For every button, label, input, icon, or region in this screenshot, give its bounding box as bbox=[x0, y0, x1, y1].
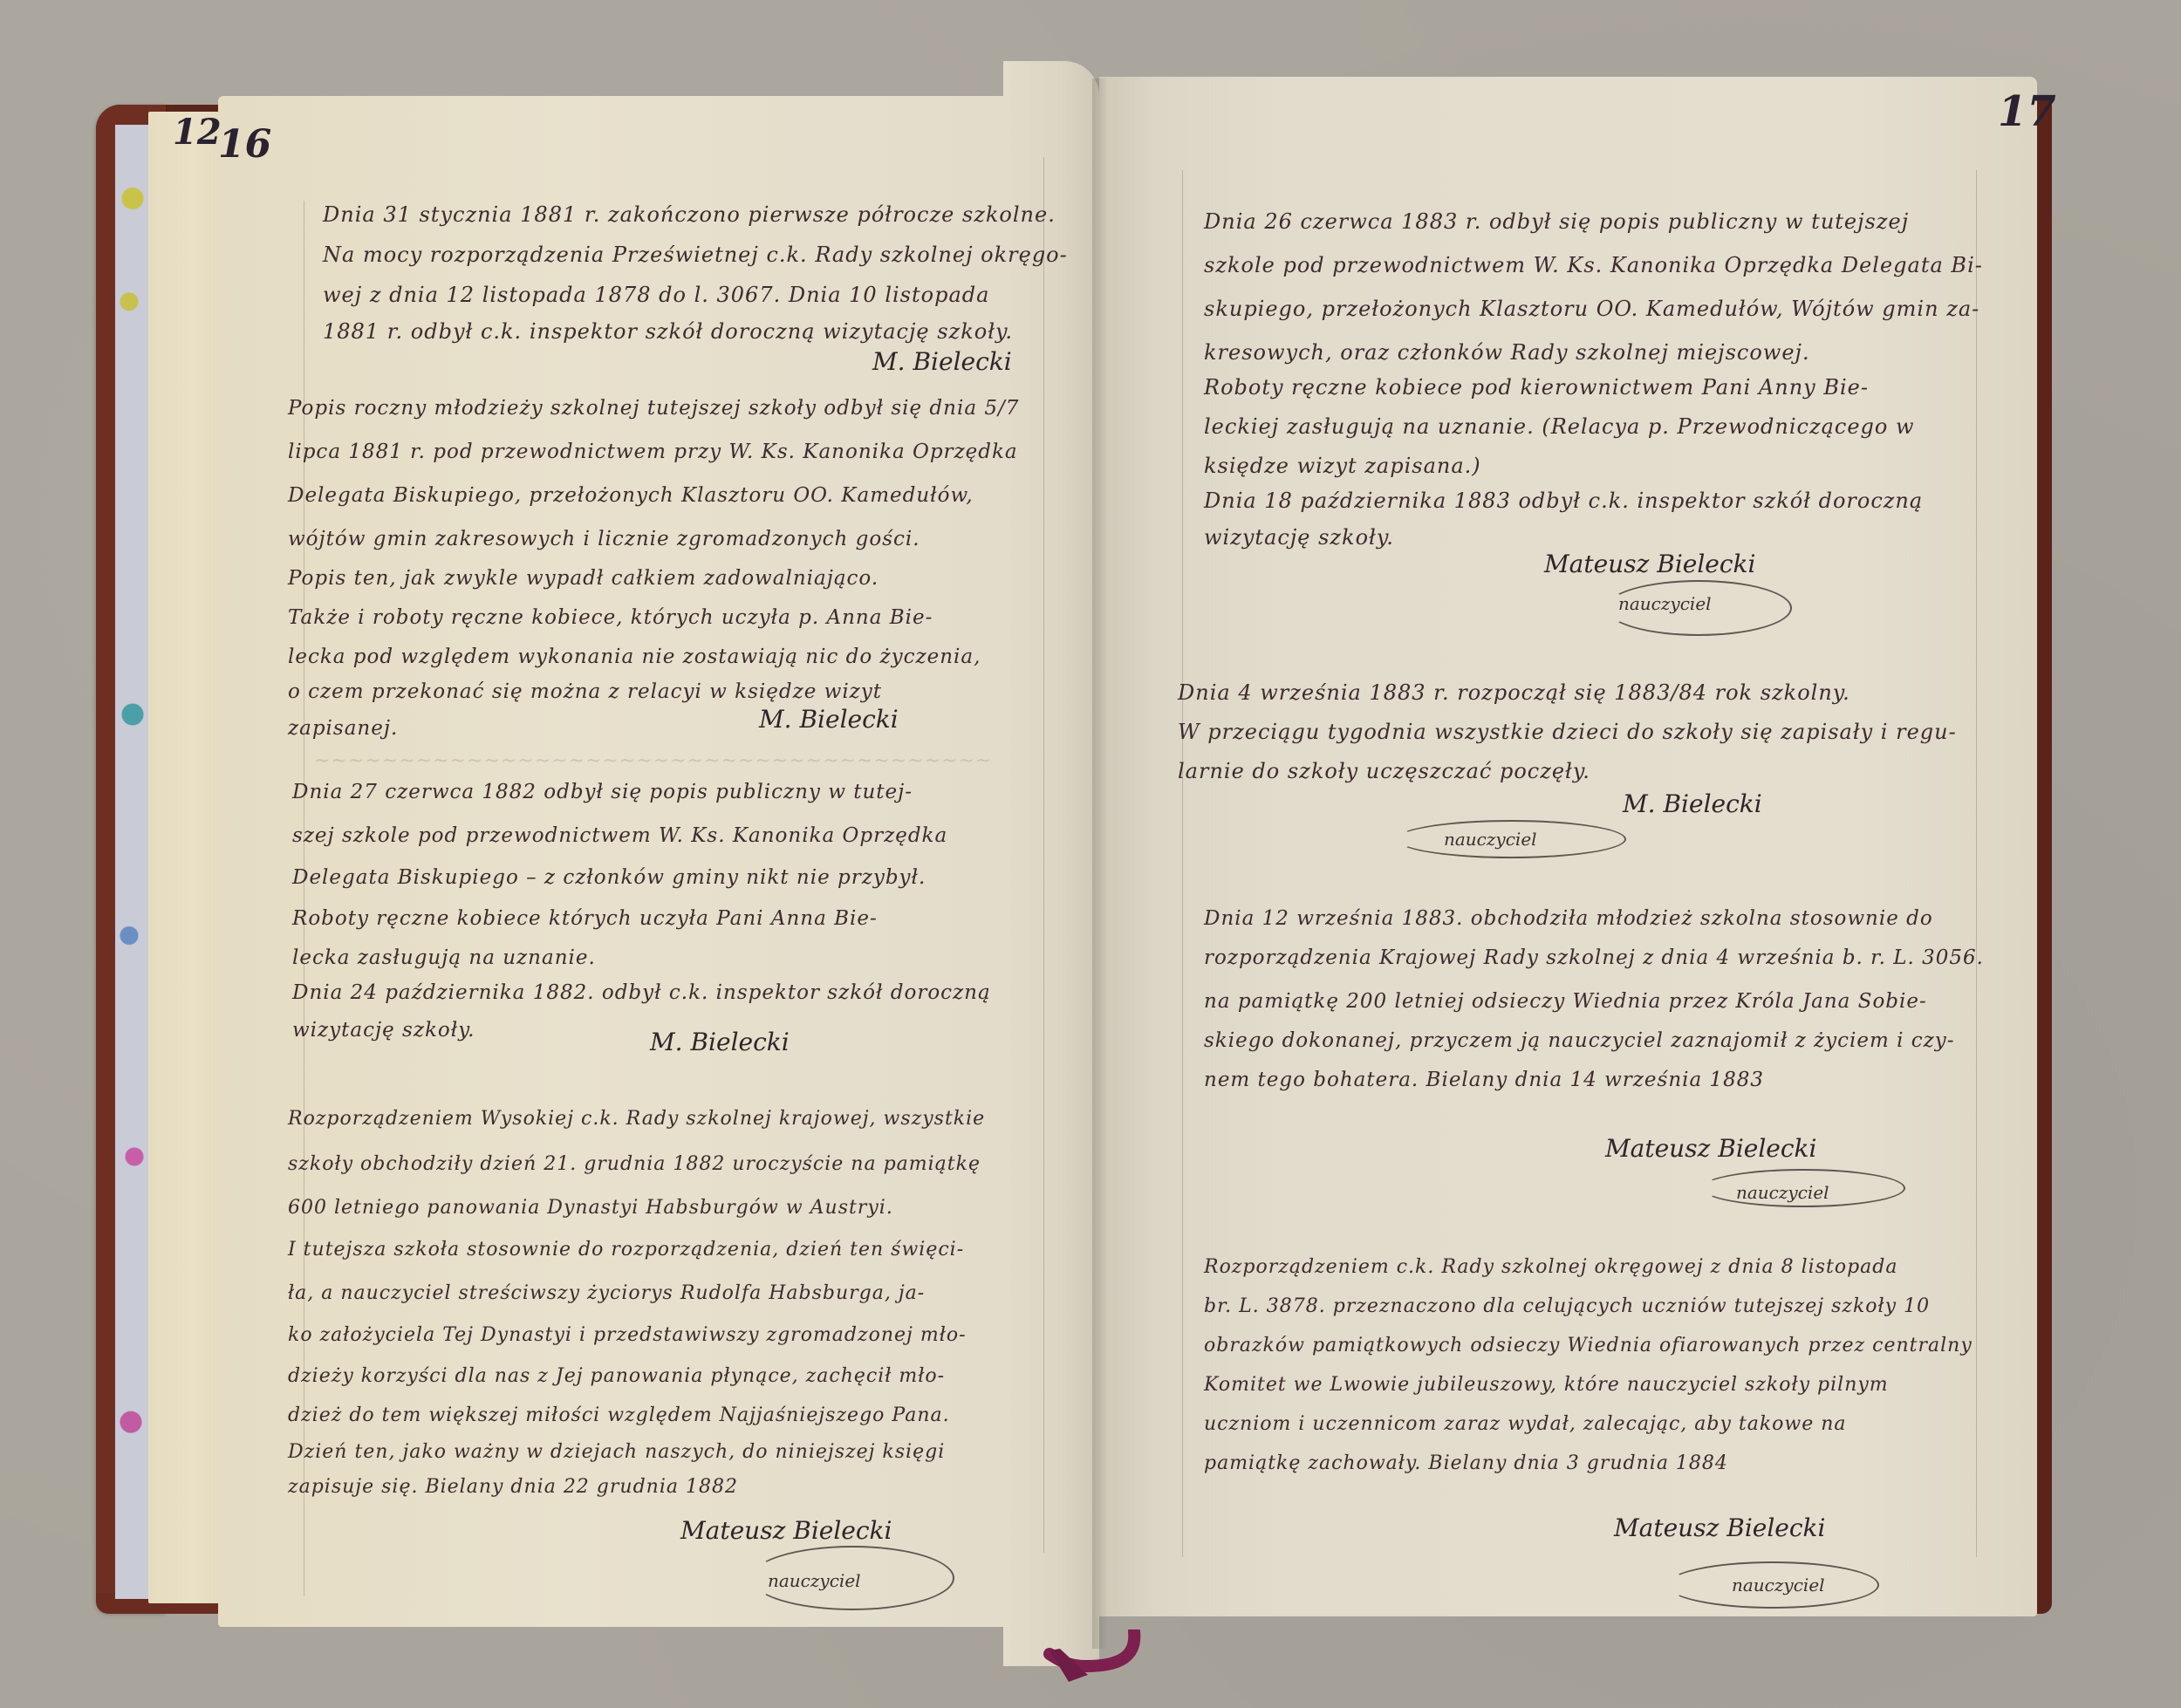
text-line: leckiej zasługują na uznanie. (Relacya p… bbox=[1204, 414, 1915, 439]
bookmark-ribbon-icon bbox=[1034, 1629, 1147, 1691]
text-line: Rozporządzeniem c.k. Rady szkolnej okręg… bbox=[1204, 1256, 1897, 1278]
text-line: Dnia 12 września 1883. obchodziła młodzi… bbox=[1204, 907, 1933, 930]
text-line: Dnia 31 stycznia 1881 r. zakończono pier… bbox=[323, 202, 1056, 227]
signature: M. Bielecki bbox=[872, 347, 1012, 376]
text-line: obrazków pamiątkowych odsieczy Wiednia o… bbox=[1204, 1335, 1972, 1356]
text-line: lipca 1881 r. pod przewodnictwem przy W.… bbox=[288, 441, 1018, 463]
text-line: Delegata Biskupiego, przełożonych Klaszt… bbox=[288, 484, 974, 507]
text-line: Dnia 26 czerwca 1883 r. odbył się popis … bbox=[1204, 209, 1909, 234]
bleed-through-text: ~~~~~~~~~~~~~~~~~~~~~~~~~~~~~~~~~~~~~~~~ bbox=[314, 750, 992, 772]
text-line: Także i roboty ręczne kobiece, których u… bbox=[288, 606, 933, 629]
text-line: o czem przekonać się można z relacyi w k… bbox=[288, 680, 882, 703]
text-line: szkoły obchodziły dzień 21. grudnia 1882… bbox=[288, 1153, 981, 1175]
text-line: Dnia 4 września 1883 r. rozpoczął się 18… bbox=[1178, 680, 1850, 705]
text-line: Dnia 24 października 1882. odbył c.k. in… bbox=[292, 981, 991, 1004]
text-line: Dnia 18 października 1883 odbył c.k. ins… bbox=[1204, 488, 1923, 513]
signature: Mateusz Bielecki bbox=[1544, 550, 1755, 578]
text-line: zapisanej. bbox=[288, 717, 398, 740]
text-line: szej szkole pod przewodnictwem W. Ks. Ka… bbox=[292, 824, 947, 847]
text-line: Dzień ten, jako ważny w dziejach naszych… bbox=[288, 1441, 945, 1463]
text-line: skupiego, przełożonych Klasztoru OO. Kam… bbox=[1204, 297, 1979, 321]
text-line: Dnia 27 czerwca 1882 odbył się popis pub… bbox=[292, 781, 913, 803]
page-number-old: 12 bbox=[173, 112, 222, 153]
text-line: lecka zasługują na uznanie. bbox=[292, 946, 596, 969]
text-line: dzież do tem większej miłości względem N… bbox=[288, 1404, 950, 1426]
text-line: wej z dnia 12 listopada 1878 do l. 3067.… bbox=[323, 283, 989, 307]
text-line: wizytację szkoły. bbox=[1204, 525, 1394, 550]
text-line: na pamiątkę 200 letniej odsieczy Wiednia… bbox=[1204, 990, 1927, 1013]
text-line: Roboty ręczne kobiece których uczyła Pan… bbox=[292, 907, 878, 930]
page-number-right: 17 bbox=[1998, 87, 2056, 136]
signature: M. Bielecki bbox=[650, 1028, 790, 1056]
signature: M. Bielecki bbox=[1623, 789, 1762, 818]
text-line: Komitet we Lwowie jubileuszowy, które na… bbox=[1204, 1374, 1889, 1396]
text-line: wójtów gmin zakresowych i licznie zgroma… bbox=[288, 528, 920, 550]
text-line: 1881 r. odbył c.k. inspektor szkół doroc… bbox=[323, 319, 1013, 344]
gutter-shadow bbox=[1092, 79, 1108, 1649]
text-line: skiego dokonanej, przyczem ją nauczyciel… bbox=[1204, 1029, 1955, 1052]
text-line: pamiątkę zachowały. Bielany dnia 3 grudn… bbox=[1204, 1452, 1728, 1474]
text-line: lecka pod względem wykonania nie zostawi… bbox=[288, 646, 981, 668]
signature-title: nauczyciel bbox=[768, 1570, 861, 1591]
signature: M. Bielecki bbox=[759, 705, 899, 734]
text-line: księdze wizyt zapisana.) bbox=[1204, 454, 1481, 478]
text-line: Roboty ręczne kobiece pod kierownictwem … bbox=[1204, 375, 1869, 400]
text-line: rozporządzenia Krajowej Rady szkolnej z … bbox=[1204, 946, 1984, 969]
text-line: Popis ten, jak zwykle wypadł całkiem zad… bbox=[288, 567, 879, 590]
text-line: zapisuje się. Bielany dnia 22 grudnia 18… bbox=[288, 1476, 738, 1498]
left-page-gutter-curl bbox=[1003, 61, 1099, 1666]
text-line: nem tego bohatera. Bielany dnia 14 wrześ… bbox=[1204, 1069, 1764, 1091]
page-number-left: 16 bbox=[218, 122, 271, 167]
text-line: ko założyciela Tej Dynastyi i przedstawi… bbox=[288, 1324, 967, 1346]
left-right-margin-rule bbox=[1043, 157, 1044, 1553]
text-line: Popis roczny młodzieży szkolnej tutejsze… bbox=[288, 397, 1019, 420]
marbled-endpaper bbox=[115, 125, 150, 1599]
text-line: I tutejsza szkoła stosownie do rozporząd… bbox=[288, 1239, 964, 1261]
text-line: Delegata Biskupiego – z członków gminy n… bbox=[292, 866, 926, 889]
signature: Mateusz Bielecki bbox=[1605, 1134, 1816, 1163]
text-line: W przeciągu tygodnia wszystkie dzieci do… bbox=[1178, 720, 1957, 744]
text-line: Na mocy rozporządzenia Prześwietnej c.k.… bbox=[323, 243, 1068, 267]
signature-title: nauczyciel bbox=[1618, 593, 1712, 614]
signature-title: nauczyciel bbox=[1736, 1182, 1829, 1203]
signature-title: nauczyciel bbox=[1444, 829, 1537, 850]
text-line: 600 letniego panowania Dynastyi Habsburg… bbox=[288, 1197, 893, 1219]
text-line: Rozporządzeniem Wysokiej c.k. Rady szkol… bbox=[288, 1108, 985, 1130]
text-line: uczniom i uczennicom zaraz wydał, zaleca… bbox=[1204, 1413, 1847, 1435]
right-margin-rule bbox=[1182, 170, 1183, 1557]
text-line: kresowych, oraz członków Rady szkolnej m… bbox=[1204, 340, 1810, 365]
text-line: br. L. 3878. przeznaczono dla celujących… bbox=[1204, 1295, 1930, 1317]
signature: Mateusz Bielecki bbox=[1614, 1513, 1825, 1542]
text-line: dzieży korzyści dla nas z Jej panowania … bbox=[288, 1365, 945, 1387]
text-line: wizytację szkoły. bbox=[292, 1019, 475, 1042]
right-right-margin-rule bbox=[1976, 170, 1977, 1557]
signature: Mateusz Bielecki bbox=[680, 1516, 892, 1545]
text-line: larnie do szkoły uczęszczać poczęły. bbox=[1178, 759, 1590, 783]
signature-title: nauczyciel bbox=[1732, 1575, 1825, 1595]
text-line: szkole pod przewodnictwem W. Ks. Kanonik… bbox=[1204, 253, 1983, 277]
text-line: ła, a nauczyciel streściwszy życiorys Ru… bbox=[288, 1282, 925, 1304]
